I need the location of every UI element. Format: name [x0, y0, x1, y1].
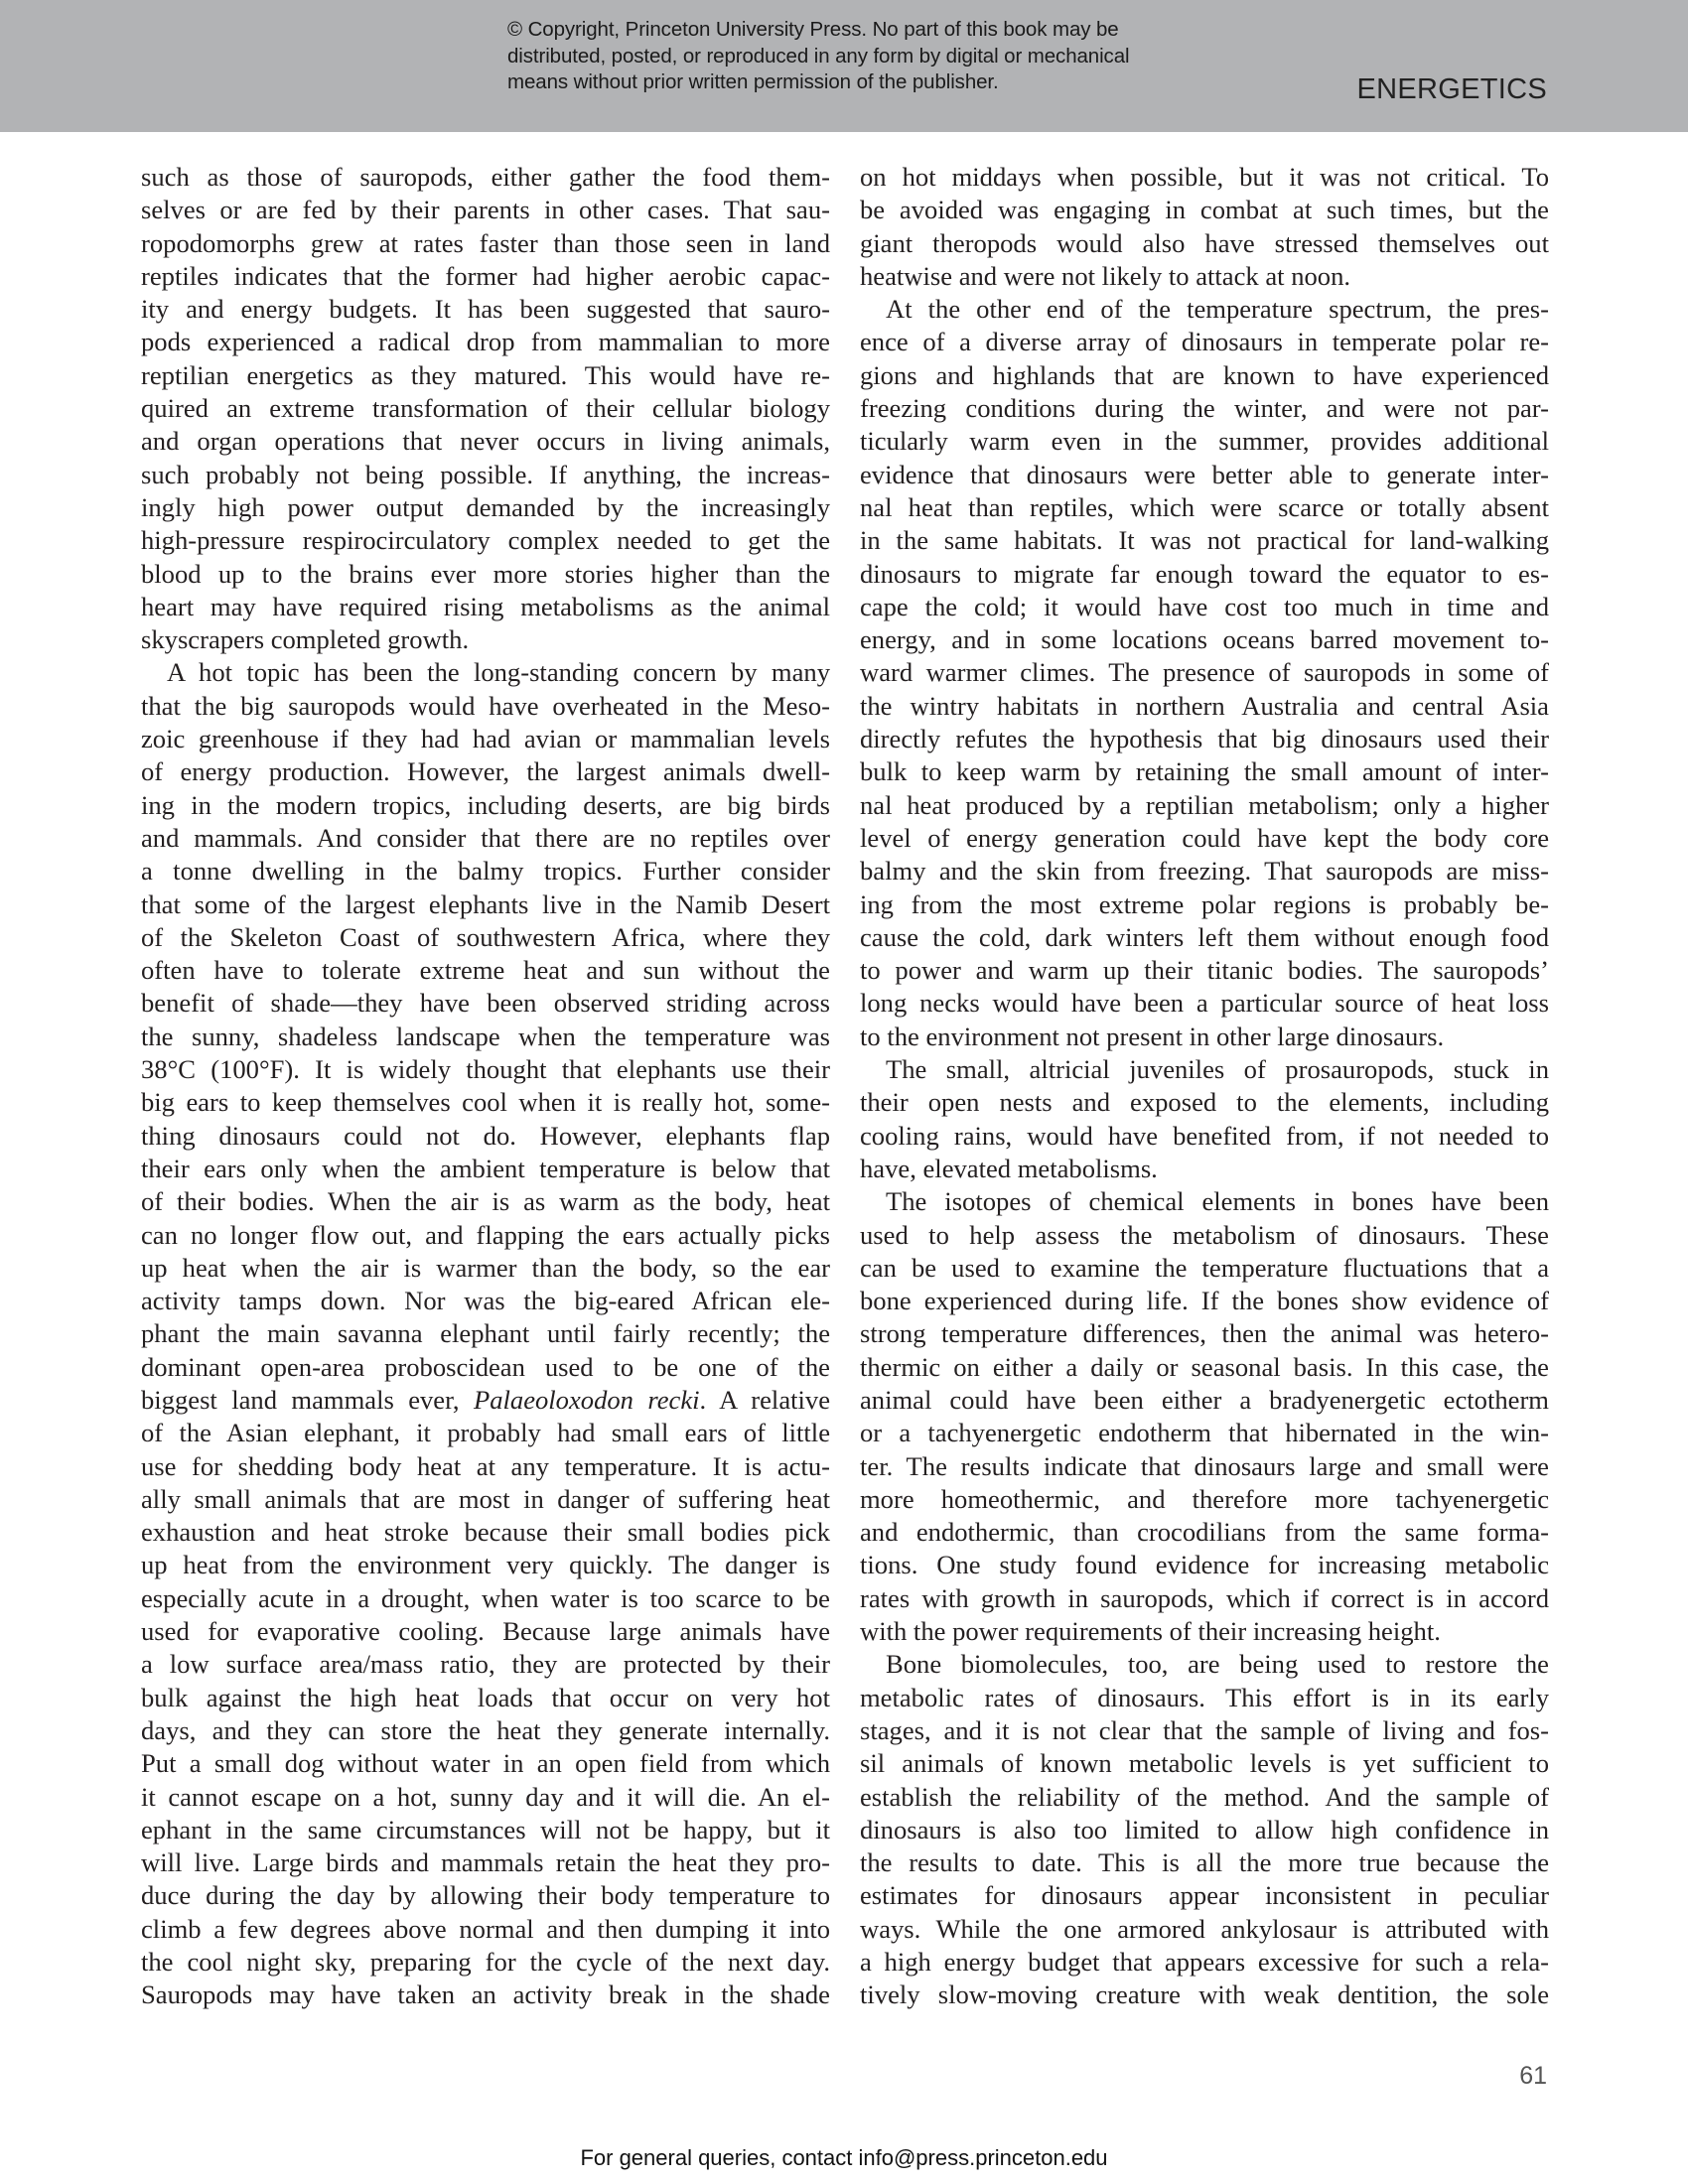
- text-line: bone experienced during life. If the bon…: [860, 1285, 1549, 1317]
- text-line: energy, and in some locations oceans bar…: [860, 623, 1549, 656]
- text-line: sil animals of known metabolic levels is…: [860, 1747, 1549, 1780]
- text-line: dinosaurs to migrate far enough toward t…: [860, 558, 1549, 591]
- text-line: to the environment not present in other …: [860, 1021, 1549, 1053]
- text-line: rates with growth in sauropods, which if…: [860, 1582, 1549, 1615]
- text-line: evidence that dinosaurs were better able…: [860, 459, 1549, 491]
- text-line: it cannot escape on a hot, sunny day and…: [141, 1781, 830, 1814]
- page-number: 61: [1519, 2061, 1547, 2091]
- text-line: ropodomorphs grew at rates faster than t…: [141, 227, 830, 260]
- text-line: blood up to the brains ever more stories…: [141, 558, 830, 591]
- text-line: use for shedding body heat at any temper…: [141, 1450, 830, 1483]
- text-line: dinosaurs is also too limited to allow h…: [860, 1814, 1549, 1846]
- copyright-line: means without prior written permission o…: [507, 69, 1129, 96]
- copyright-notice: © Copyright, Princeton University Press.…: [507, 17, 1129, 96]
- text-line: ingly high power output demanded by the …: [141, 491, 830, 524]
- text-line: be avoided was engaging in combat at suc…: [860, 194, 1549, 226]
- text-line: ence of a diverse array of dinosaurs in …: [860, 326, 1549, 358]
- text-line: their ears only when the ambient tempera…: [141, 1153, 830, 1185]
- text-line: cooling rains, would have benefited from…: [860, 1120, 1549, 1153]
- text-line: and endothermic, than crocodilians from …: [860, 1516, 1549, 1549]
- text-line: establish the reliability of the method.…: [860, 1781, 1549, 1814]
- text-line: phant the main savanna elephant until fa…: [141, 1317, 830, 1350]
- text-line: estimates for dinosaurs appear inconsist…: [860, 1879, 1549, 1912]
- text-line: giant theropods would also have stressed…: [860, 227, 1549, 260]
- text-line: ing from the most extreme polar regions …: [860, 888, 1549, 921]
- text-line: especially acute in a drought, when wate…: [141, 1582, 830, 1615]
- text-line: dominant open-area proboscidean used to …: [141, 1351, 830, 1384]
- text-line: ally small animals that are most in dang…: [141, 1483, 830, 1516]
- text-line: animal could have been either a bradyene…: [860, 1384, 1549, 1417]
- text-line: the results to date. This is all the mor…: [860, 1846, 1549, 1879]
- text-line: ity and energy budgets. It has been sugg…: [141, 293, 830, 326]
- text-line: such as those of sauropods, either gathe…: [141, 161, 830, 194]
- text-line: thing dinosaurs could not do. However, e…: [141, 1120, 830, 1153]
- text-line: tions. One study found evidence for incr…: [860, 1549, 1549, 1581]
- text-line: reptiles indicates that the former had h…: [141, 260, 830, 293]
- text-line: to power and warm up their titanic bodie…: [860, 954, 1549, 987]
- text-line: a low surface area/mass ratio, they are …: [141, 1648, 830, 1681]
- text-line: up heat from the environment very quickl…: [141, 1549, 830, 1581]
- text-line: heatwise and were not likely to attack a…: [860, 260, 1549, 293]
- text-line: that the big sauropods would have overhe…: [141, 690, 830, 723]
- copyright-line: distributed, posted, or reproduced in an…: [507, 44, 1129, 70]
- text-line: ward warmer climes. The presence of saur…: [860, 656, 1549, 689]
- text-line: high-pressure respirocirculatory complex…: [141, 524, 830, 557]
- text-line: exhaustion and heat stroke because their…: [141, 1516, 830, 1549]
- species-name: Palaeoloxodon recki: [474, 1385, 700, 1415]
- text-line: the wintry habitats in northern Australi…: [860, 690, 1549, 723]
- text-line: with the power requirements of their inc…: [860, 1615, 1549, 1648]
- text-line: selves or are fed by their parents in ot…: [141, 194, 830, 226]
- text-line: The small, altricial juveniles of prosau…: [860, 1053, 1549, 1086]
- text-line: will live. Large birds and mammals retai…: [141, 1846, 830, 1879]
- text-line: and mammals. And consider that there are…: [141, 822, 830, 855]
- text-line: such probably not being possible. If any…: [141, 459, 830, 491]
- text-line: of their bodies. When the air is as warm…: [141, 1185, 830, 1218]
- text-line: bulk against the high heat loads that oc…: [141, 1682, 830, 1714]
- copyright-header-band: © Copyright, Princeton University Press.…: [0, 0, 1688, 132]
- text-line: long necks would have been a particular …: [860, 987, 1549, 1020]
- text-line: ter. The results indicate that dinosaurs…: [860, 1450, 1549, 1483]
- text-line: ephant in the same circumstances will no…: [141, 1814, 830, 1846]
- text-line: Sauropods may have taken an activity bre…: [141, 1979, 830, 2011]
- text-line: reptilian energetics as they matured. Th…: [141, 359, 830, 392]
- text-line: ways. While the one armored ankylosaur i…: [860, 1913, 1549, 1946]
- text-line: days, and they can store the heat they g…: [141, 1714, 830, 1747]
- text-line: and organ operations that never occurs i…: [141, 425, 830, 458]
- text-line: The isotopes of chemical elements in bon…: [860, 1185, 1549, 1218]
- body-column-right: on hot middays when possible, but it was…: [860, 161, 1549, 2012]
- text-line: tively slow-moving creature with weak de…: [860, 1979, 1549, 2011]
- text-line: duce during the day by allowing their bo…: [141, 1879, 830, 1912]
- body-column-left: such as those of sauropods, either gathe…: [141, 161, 830, 2012]
- text-line: the cool night sky, preparing for the cy…: [141, 1946, 830, 1979]
- text-line: ing in the modern tropics, including des…: [141, 789, 830, 822]
- text-line: more homeothermic, and therefore more ta…: [860, 1483, 1549, 1516]
- text-line: a high energy budget that appears excess…: [860, 1946, 1549, 1979]
- text-line: nal heat produced by a reptilian metabol…: [860, 789, 1549, 822]
- text-line: their open nests and exposed to the elem…: [860, 1086, 1549, 1119]
- text-line: skyscrapers completed growth.: [141, 623, 830, 656]
- text-line: benefit of shade—they have been observed…: [141, 987, 830, 1020]
- running-head: ENERGETICS: [1356, 71, 1547, 107]
- text-line: pods experienced a radical drop from mam…: [141, 326, 830, 358]
- text-line: or a tachyenergetic endotherm that hiber…: [860, 1417, 1549, 1449]
- text-line: the sunny, shadeless landscape when the …: [141, 1021, 830, 1053]
- text-line: have, elevated metabolisms.: [860, 1153, 1549, 1185]
- text-line: can no longer flow out, and flapping the…: [141, 1219, 830, 1252]
- footer-contact: For general queries, contact info@press.…: [0, 2144, 1688, 2172]
- text-line: of energy production. However, the large…: [141, 755, 830, 788]
- text-line: big ears to keep themselves cool when it…: [141, 1086, 830, 1119]
- text-line: Put a small dog without water in an open…: [141, 1747, 830, 1780]
- text-line: on hot middays when possible, but it was…: [860, 161, 1549, 194]
- text-line: thermic on either a daily or seasonal ba…: [860, 1351, 1549, 1384]
- copyright-line: © Copyright, Princeton University Press.…: [507, 17, 1129, 44]
- text-line: up heat when the air is warmer than the …: [141, 1252, 830, 1285]
- text-line: of the Skeleton Coast of southwestern Af…: [141, 921, 830, 954]
- text-line: that some of the largest elephants live …: [141, 888, 830, 921]
- text-line: 38°C (100°F). It is widely thought that …: [141, 1053, 830, 1086]
- text-line: cause the cold, dark winters left them w…: [860, 921, 1549, 954]
- text-line: used to help assess the metabolism of di…: [860, 1219, 1549, 1252]
- text-line: level of energy generation could have ke…: [860, 822, 1549, 855]
- text-line: of the Asian elephant, it probably had s…: [141, 1417, 830, 1449]
- text-line: biggest land mammals ever, Palaeoloxodon…: [141, 1384, 830, 1417]
- text-line: quired an extreme transformation of thei…: [141, 392, 830, 425]
- text-line: often have to tolerate extreme heat and …: [141, 954, 830, 987]
- text-line: strong temperature differences, then the…: [860, 1317, 1549, 1350]
- text-line: directly refutes the hypothesis that big…: [860, 723, 1549, 755]
- text-line: metabolic rates of dinosaurs. This effor…: [860, 1682, 1549, 1714]
- text-line: in the same habitats. It was not practic…: [860, 524, 1549, 557]
- text-line: heart may have required rising metabolis…: [141, 591, 830, 623]
- text-line: A hot topic has been the long-standing c…: [141, 656, 830, 689]
- text-line: bulk to keep warm by retaining the small…: [860, 755, 1549, 788]
- text-line: At the other end of the temperature spec…: [860, 293, 1549, 326]
- text-line: cape the cold; it would have cost too mu…: [860, 591, 1549, 623]
- text-line: Bone biomolecules, too, are being used t…: [860, 1648, 1549, 1681]
- text-line: ticularly warm even in the summer, provi…: [860, 425, 1549, 458]
- text-line: used for evaporative cooling. Because la…: [141, 1615, 830, 1648]
- text-line: zoic greenhouse if they had had avian or…: [141, 723, 830, 755]
- text-line: climb a few degrees above normal and the…: [141, 1913, 830, 1946]
- text-line: balmy and the skin from freezing. That s…: [860, 855, 1549, 887]
- text-line: a tonne dwelling in the balmy tropics. F…: [141, 855, 830, 887]
- text-line: can be used to examine the temperature f…: [860, 1252, 1549, 1285]
- text-line: stages, and it is not clear that the sam…: [860, 1714, 1549, 1747]
- text-line: freezing conditions during the winter, a…: [860, 392, 1549, 425]
- text-line: gions and highlands that are known to ha…: [860, 359, 1549, 392]
- text-line: activity tamps down. Nor was the big-ear…: [141, 1285, 830, 1317]
- text-line: nal heat than reptiles, which were scarc…: [860, 491, 1549, 524]
